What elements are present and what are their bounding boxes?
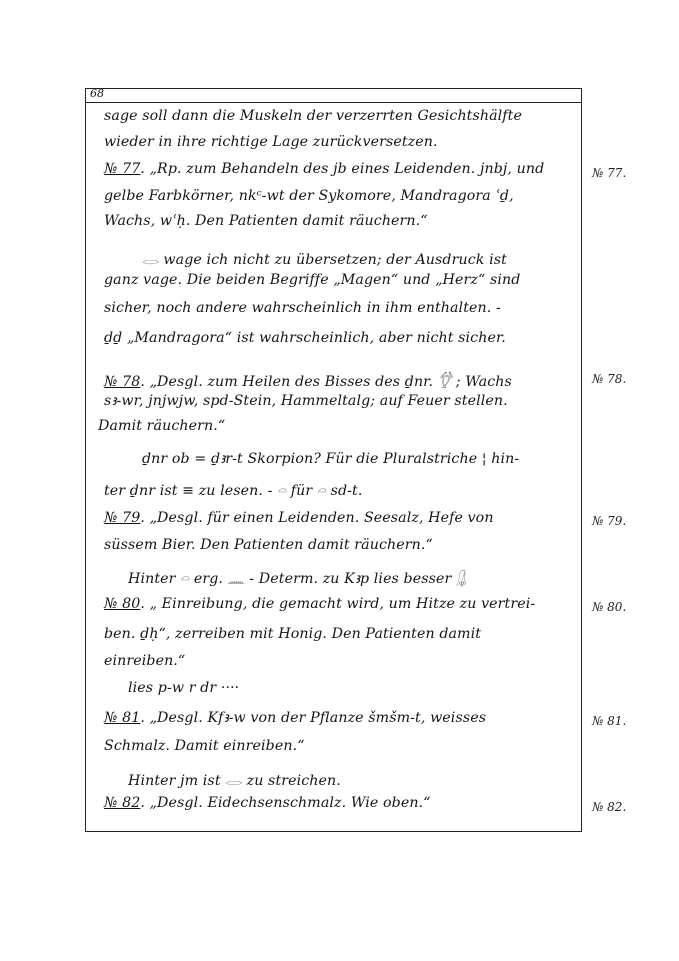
page-number: 68 (90, 87, 104, 100)
text-line: Wachs, wʿḥ. Den Patienten damit räuchern… (104, 213, 428, 229)
text-line: Schmalz. Damit einreiben.“ (104, 738, 305, 754)
entry-number: № 80 (104, 596, 140, 612)
text-line: Damit räuchern.“ (98, 418, 225, 434)
entry-number: № 82 (104, 795, 140, 811)
margin-note-82: № 82. (592, 800, 626, 814)
margin-note-78: № 78. (592, 372, 626, 386)
page-header-strip: 68 (86, 89, 581, 103)
entry-number: № 81 (104, 710, 140, 726)
entry-number: № 78 (104, 374, 140, 390)
text-line: einreiben.“ (104, 653, 185, 669)
entry-82-line: № 82. „Desgl. Eidechsenschmalz. Wie oben… (104, 795, 431, 811)
text-line: sicher, noch andere wahrscheinlich in ih… (104, 300, 501, 316)
text-line: ḏnr ob = ḏꜣr-t Skorpion? Für die Plurals… (142, 451, 519, 467)
text-line: ben. ḏḥ“, zerreiben mit Honig. Den Patie… (104, 626, 481, 642)
entry-number: № 79 (104, 510, 140, 526)
text-line: ḏḏ „Mandragora“ ist wahrscheinlich, aber… (104, 330, 506, 346)
entry-79-line: № 79. „Desgl. für einen Leidenden. Seesa… (104, 510, 494, 526)
text-line: Hinter jm ist 𓂋 zu streichen. (128, 766, 341, 790)
margin-note-77: № 77. (592, 166, 626, 180)
text-line: wieder in ihre richtige Lage zurückverse… (104, 134, 438, 150)
text-line: ter ḏnr ist ≡ zu lesen. - 𓏏 für 𓏏 sd-t. (104, 476, 362, 500)
text-line: Hinter 𓏏 erg. 𓈖 - Determ. zu Kꜣp lies be… (128, 564, 466, 588)
text-line: gelbe Farbkörner, nkᶜ-wt der Sykomore, M… (104, 188, 514, 204)
margin-note-80: № 80. (592, 600, 626, 614)
entry-78-line: № 78. „Desgl. zum Heilen des Bisses des … (104, 367, 512, 391)
text-line: süssem Bier. Den Patienten damit räucher… (104, 537, 433, 553)
text-line: 𓂋 wage ich nicht zu übersetzen; der Ausd… (142, 245, 507, 269)
text-line: lies p-w r dr ···· (128, 680, 239, 696)
margin-note-81: № 81. (592, 714, 626, 728)
entry-81-line: № 81. „Desgl. Kfꜣ-w von der Pflanze šmšm… (104, 710, 486, 726)
entry-80-line: № 80. „ Einreibung, die gemacht wird, um… (104, 596, 535, 612)
text-line: sage soll dann die Muskeln der verzerrte… (104, 108, 522, 124)
entry-77-line: № 77. „Rp. zum Behandeln des jb eines Le… (104, 161, 544, 177)
margin-note-79: № 79. (592, 514, 626, 528)
text-line: ganz vage. Die beiden Begriffe „Magen“ u… (104, 272, 520, 288)
text-line: sꜣ-wr, jnjwjw, spd-Stein, Hammeltalg; au… (104, 393, 508, 409)
entry-number: № 77 (104, 161, 140, 177)
